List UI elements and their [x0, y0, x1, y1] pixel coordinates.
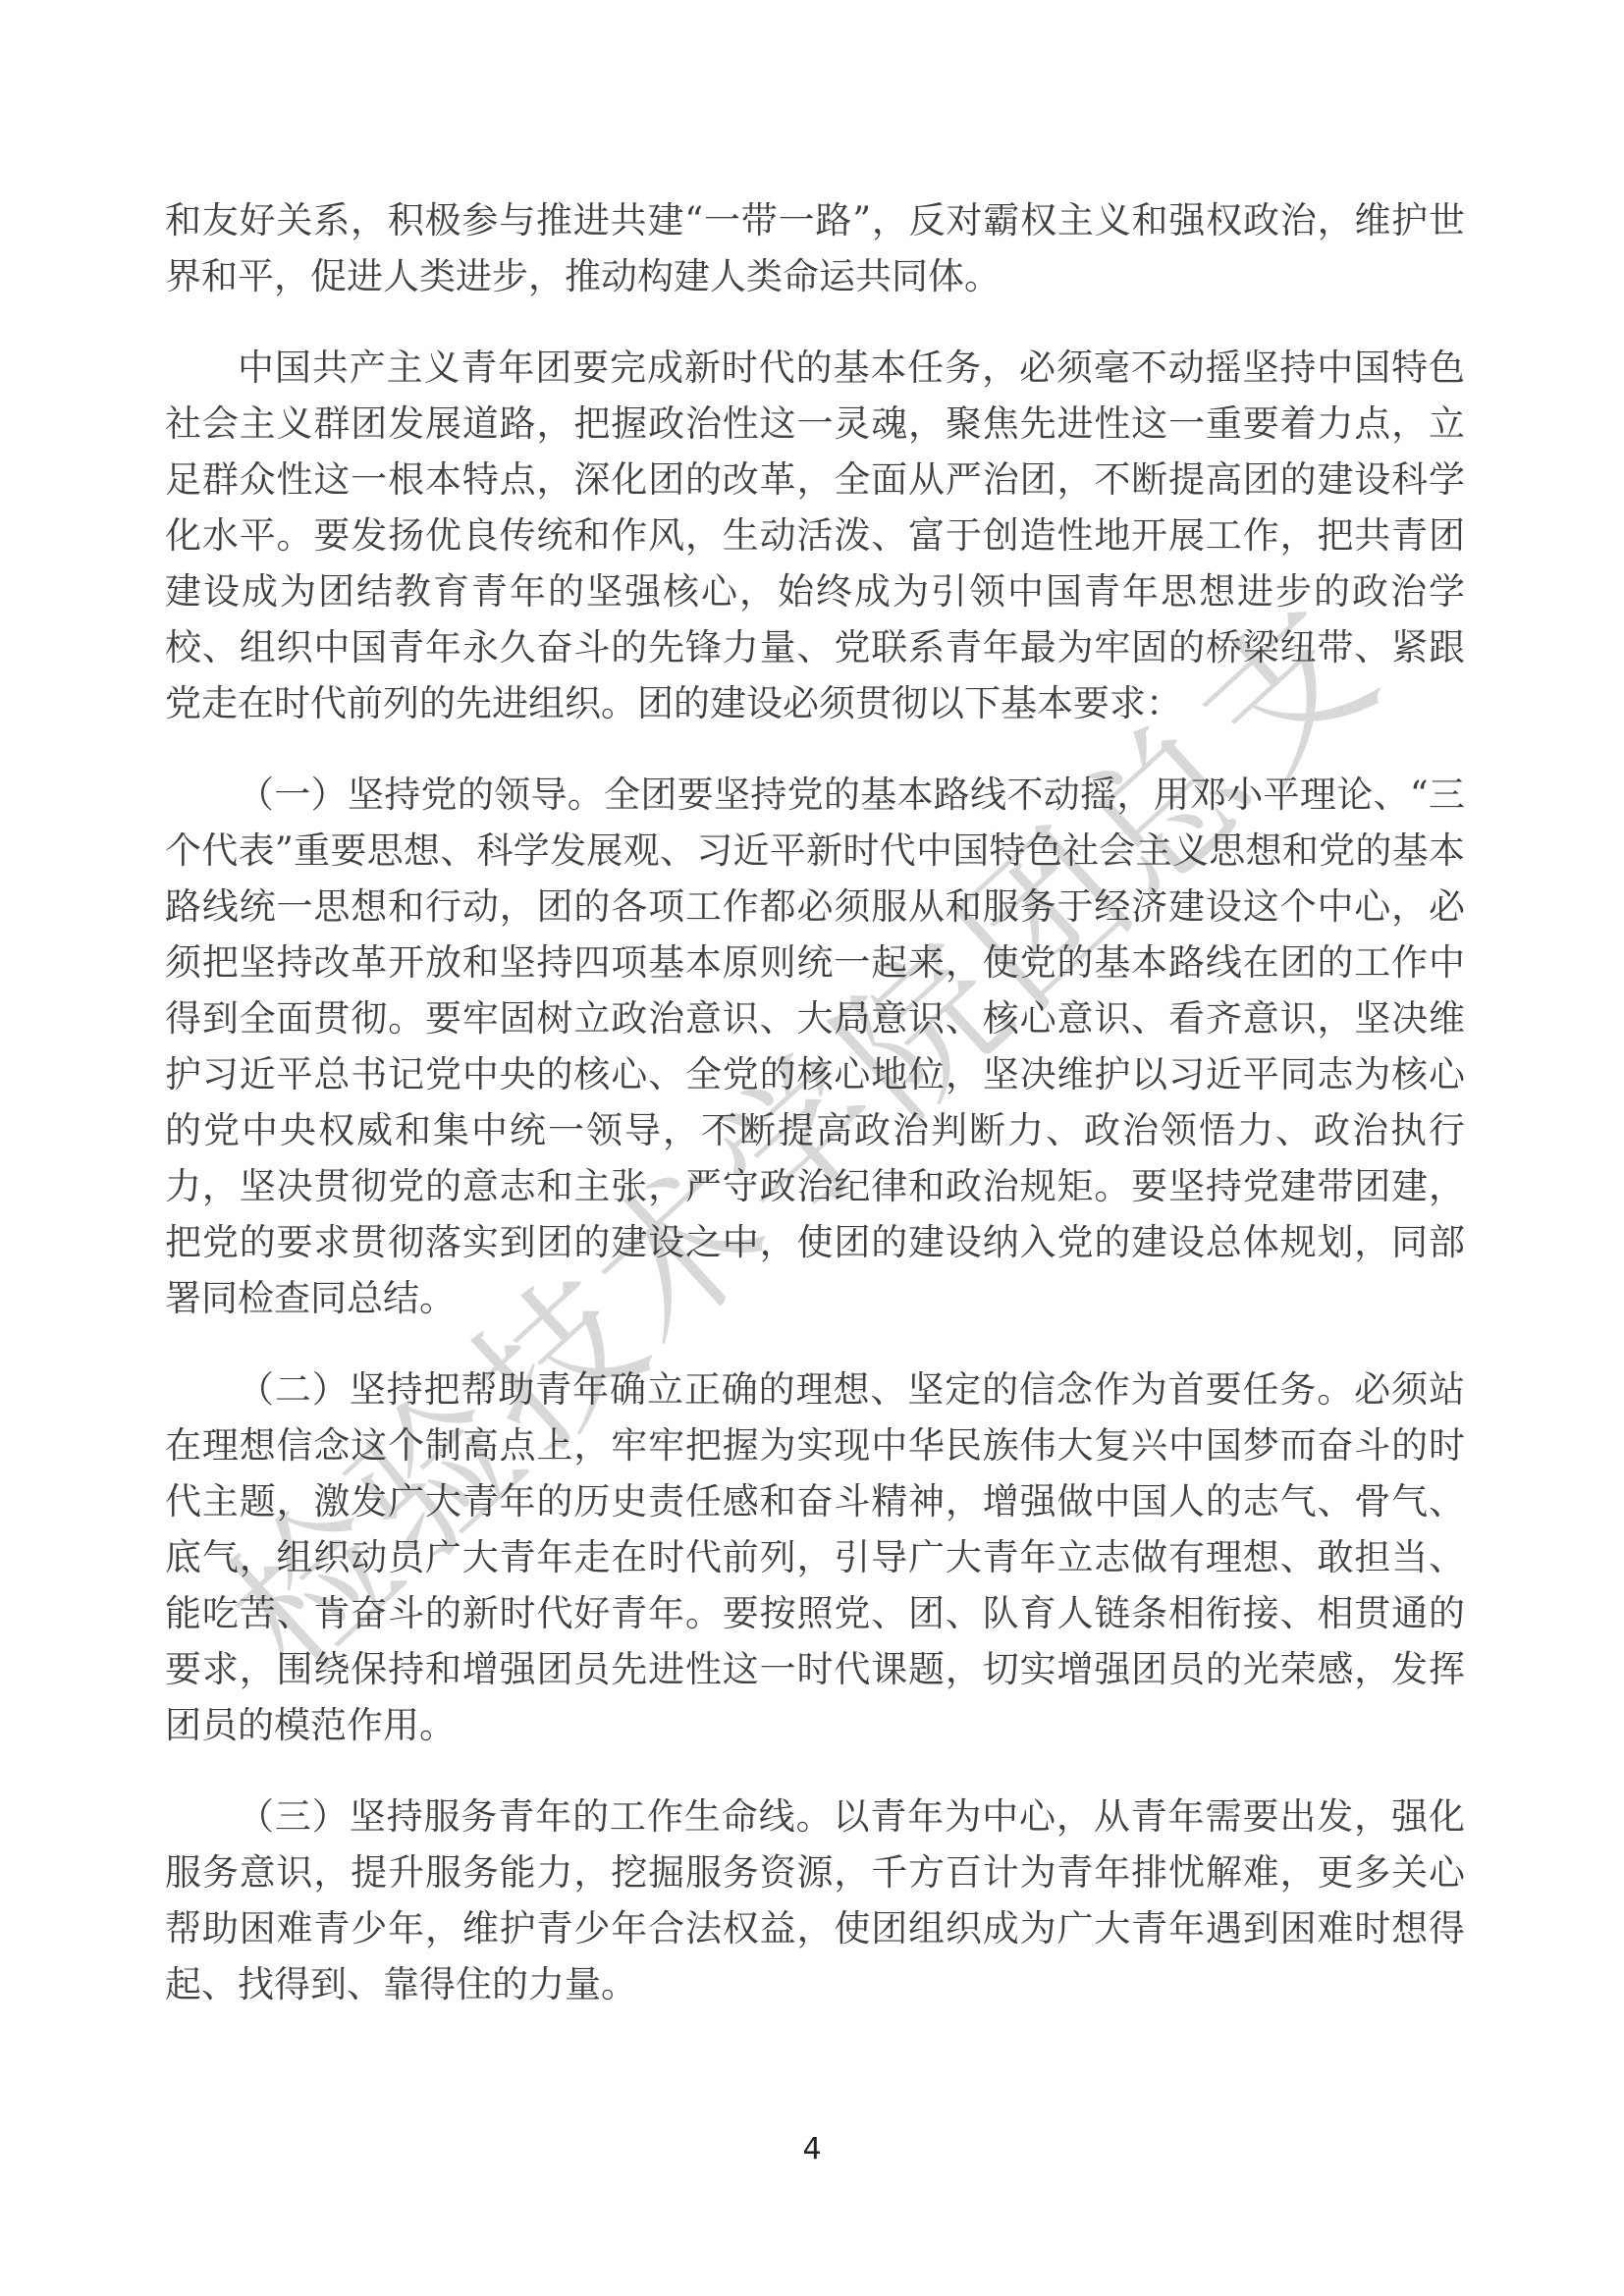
body-paragraph: 中国共产主义青年团要完成新时代的基本任务，必须毫不动摇坚持中国特色社会主义群团发… — [165, 340, 1465, 731]
document-body: 和友好关系，积极参与推进共建“一带一路”，反对霸权主义和强权政治，维护世界和平，… — [165, 192, 1465, 2048]
document-page: 检验技术学院团总支 和友好关系，积极参与推进共建“一带一路”，反对霸权主义和强权… — [0, 0, 1624, 2296]
body-paragraph: （一）坚持党的领导。全团要坚持党的基本路线不动摇，用邓小平理论、“三个代表”重要… — [165, 767, 1465, 1326]
page-number: 4 — [0, 2132, 1624, 2166]
body-paragraph: （三）坚持服务青年的工作生命线。以青年为中心，从青年需要出发，强化服务意识，提升… — [165, 1789, 1465, 2012]
body-paragraph: （二）坚持把帮助青年确立正确的理想、坚定的信念作为首要任务。必须站在理想信念这个… — [165, 1362, 1465, 1753]
body-paragraph: 和友好关系，积极参与推进共建“一带一路”，反对霸权主义和强权政治，维护世界和平，… — [165, 192, 1465, 304]
